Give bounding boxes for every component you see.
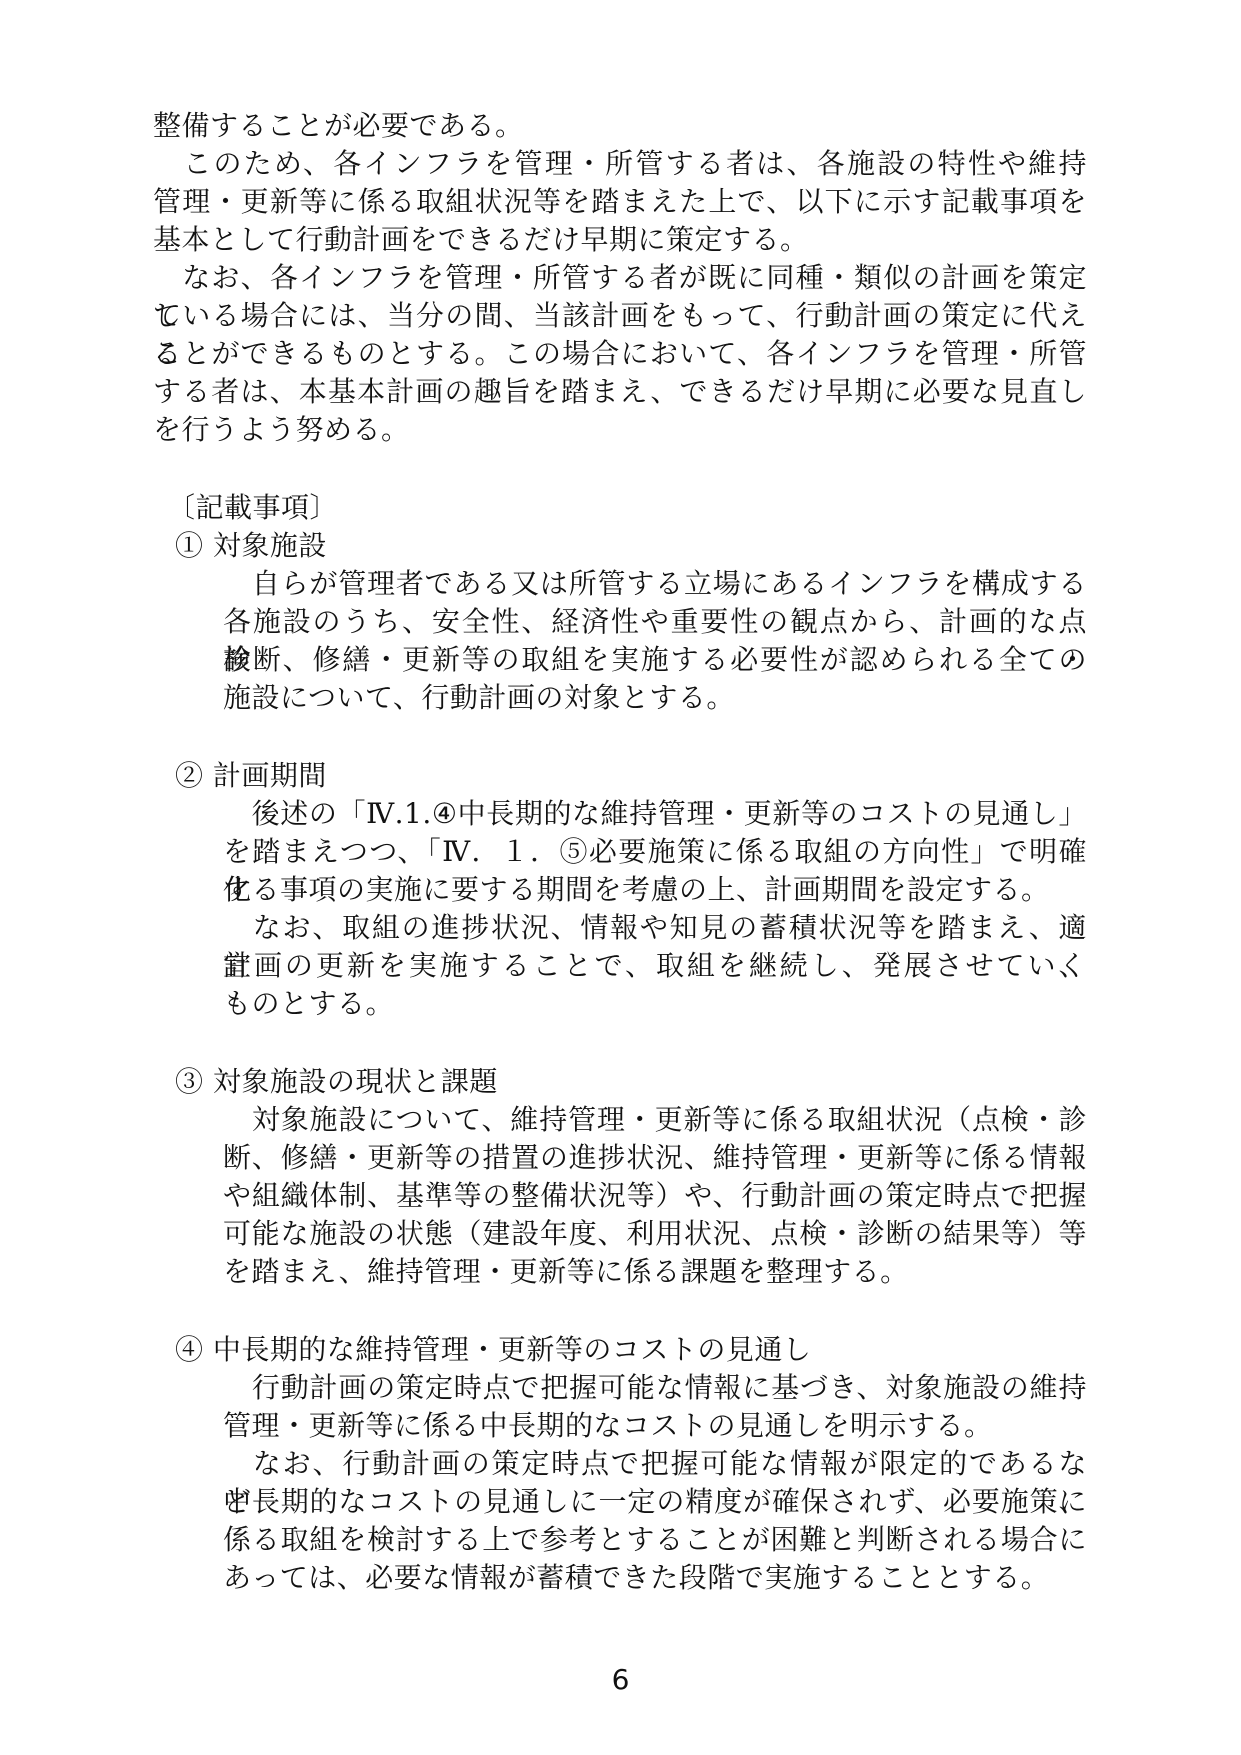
text-line: なお、取組の進捗状況、情報や知見の蓄積状況等を踏まえ、適宜、 [223,909,1087,947]
text-line: このため、各インフラを管理・所管する者は、各施設の特性や維持 [153,145,1087,183]
kisai-jikou-header: 〔記載事項〕 [167,489,1241,527]
text-line: する者は、本基本計画の趣旨を踏まえ、できるだけ早期に必要な見直し [153,373,1087,411]
text-line: ている場合には、当分の間、当該計画をもって、行動計画の策定に代える [153,297,1087,335]
section-gap [0,717,1241,757]
text-line: する事項の実施に要する期間を考慮の上、計画期間を設定する。 [223,871,1087,909]
text-line: 後述の「Ⅳ.1.④中長期的な維持管理・更新等のコストの見通し」 [223,795,1087,833]
text-line: 各施設のうち、安全性、経済性や重要性の観点から、計画的な点検・ [223,603,1087,641]
page-number: 6 [0,1663,1241,1696]
item-4-label: ④ 中長期的な維持管理・更新等のコストの見通し [175,1331,1241,1369]
text-line: あっては、必要な情報が蓄積できた段階で実施することとする。 [223,1559,1087,1597]
text-line: 計画の更新を実施することで、取組を継続し、発展させていく [223,947,1087,985]
text-line: 中長期的なコストの見通しに一定の精度が確保されず、必要施策に [223,1483,1087,1521]
text-line: 可能な施設の状態（建設年度、利用状況、点検・診断の結果等）等 [223,1215,1087,1253]
section-gap [0,449,1241,489]
text-line: を踏まえつつ、「Ⅳ．１．⑤必要施策に係る取組の方向性」で明確化 [223,833,1087,871]
section-gap [0,1291,1241,1331]
item-1-label: ① 対象施設 [175,527,1241,565]
text-line: や組織体制、基準等の整備状況等）や、行動計画の策定時点で把握 [223,1177,1087,1215]
text-line: 診断、修繕・更新等の取組を実施する必要性が認められる全ての [223,641,1087,679]
text-line: 対象施設について、維持管理・更新等に係る取組状況（点検・診 [223,1101,1087,1139]
text-line: なお、各インフラを管理・所管する者が既に同種・類似の計画を策定し [153,259,1087,297]
item-3-label: ③ 対象施設の現状と課題 [175,1063,1241,1101]
text-line: なお、行動計画の策定時点で把握可能な情報が限定的であるなど、 [223,1445,1087,1483]
section-gap [0,1023,1241,1063]
text-line: を行うよう努める。 [153,411,1087,449]
item-2-label: ② 計画期間 [175,757,1241,795]
text-line: ことができるものとする。この場合において、各インフラを管理・所管 [153,335,1087,373]
text-line: 行動計画の策定時点で把握可能な情報に基づき、対象施設の維持 [223,1369,1087,1407]
text-line: 管理・更新等に係る取組状況等を踏まえた上で、以下に示す記載事項を [153,183,1087,221]
text-line: 施設について、行動計画の対象とする。 [223,679,1087,717]
text-line: 係る取組を検討する上で参考とすることが困難と判断される場合に [223,1521,1087,1559]
document-page: 整備することが必要である。 このため、各インフラを管理・所管する者は、各施設の特… [0,0,1241,1755]
document-body: 整備することが必要である。 このため、各インフラを管理・所管する者は、各施設の特… [0,107,1241,1597]
text-line: 管理・更新等に係る中長期的なコストの見通しを明示する。 [223,1407,1087,1445]
text-line: ものとする。 [223,985,1087,1023]
text-line: 整備することが必要である。 [153,107,1087,145]
text-line: 基本として行動計画をできるだけ早期に策定する。 [153,221,1087,259]
text-line: 自らが管理者である又は所管する立場にあるインフラを構成する [223,565,1087,603]
text-line: 断、修繕・更新等の措置の進捗状況、維持管理・更新等に係る情報 [223,1139,1087,1177]
text-line: を踏まえ、維持管理・更新等に係る課題を整理する。 [223,1253,1087,1291]
